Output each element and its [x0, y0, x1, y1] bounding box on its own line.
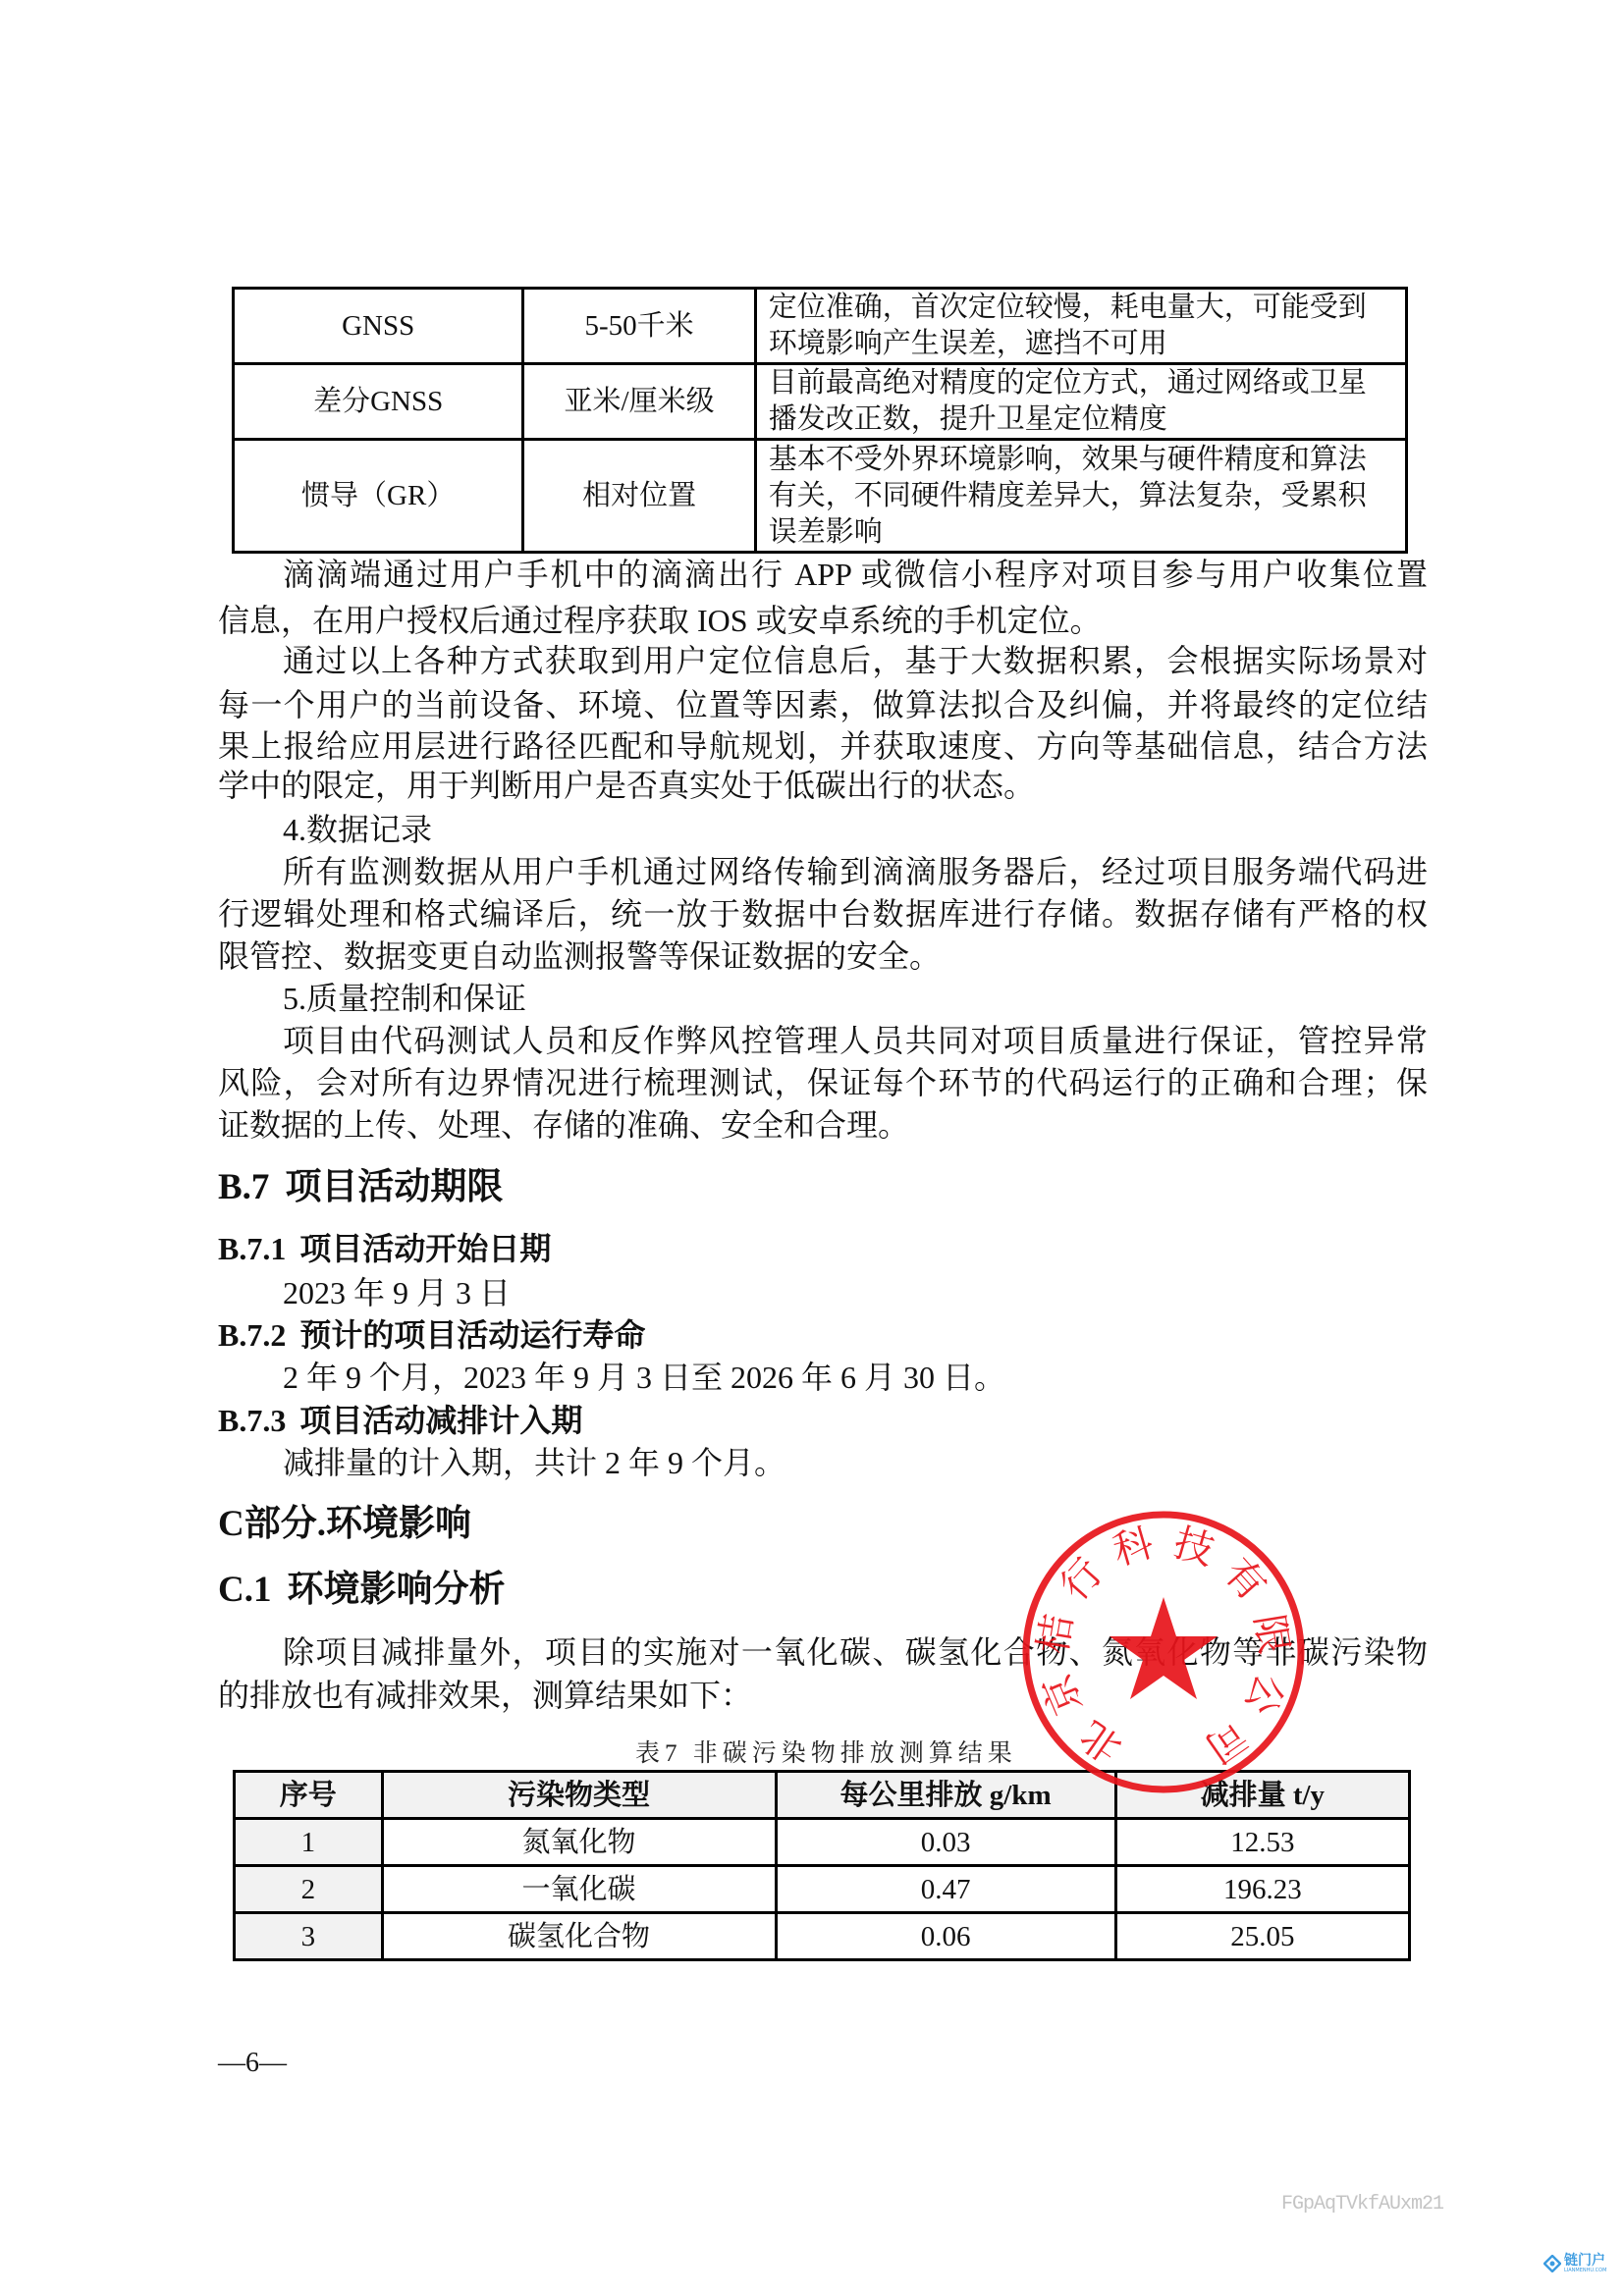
description-cell: 基本不受外界环境影响，效果与硬件精度和算法 有关，不同硬件精度差异大，算法复杂，…	[755, 440, 1406, 553]
table-cell: 196.23	[1115, 1866, 1409, 1913]
paragraph-line: 限管控、数据变更自动监测报警等保证数据的安全。	[218, 934, 1428, 978]
table-row: 惯导（GR） 相对位置 基本不受外界环境影响，效果与硬件精度和算法 有关，不同硬…	[234, 440, 1407, 553]
paragraph-line: 行逻辑处理和格式编译后，统一放于数据中台数据库进行存储。数据存储有严格的权	[218, 892, 1428, 935]
subsection-number: B.7.3	[218, 1403, 286, 1438]
paragraph-line: 证数据的上传、处理、存储的准确、安全和合理。	[218, 1103, 1428, 1147]
subsection-number: B.7.2	[218, 1317, 286, 1353]
subheading-data-record: 4.数据记录	[283, 808, 1428, 851]
accuracy-cell: 相对位置	[523, 440, 755, 553]
lifetime-text: 2 年 9 个月，2023 年 9 月 3 日至 2026 年 6 月 30 日…	[283, 1356, 1428, 1399]
table-cell: 0.06	[776, 1913, 1115, 1960]
section-number: B.7	[218, 1167, 269, 1207]
paragraph-line: 项目由代码测试人员和反作弊风控管理人员共同对项目质量进行保证，管控异常	[283, 1019, 1428, 1062]
paragraph-line: 通过以上各种方式获取到用户定位信息后，基于大数据积累，会根据实际场景对	[283, 639, 1428, 682]
paragraph-line: 所有监测数据从用户手机通过网络传输到滴滴服务器后，经过项目服务端代码进	[283, 850, 1428, 893]
part-title: 部分.环境影响	[244, 1504, 471, 1544]
positioning-methods-table: GNSS 5-50千米 定位准确，首次定位较慢，耗电量大，可能受到 环境影响产生…	[232, 287, 1408, 554]
subheading-quality-control: 5.质量控制和保证	[283, 977, 1428, 1020]
table-cell: 一氧化碳	[382, 1866, 776, 1913]
seal-character: 行	[1053, 1550, 1112, 1609]
paragraph-line: 风险，会对所有边界情况进行梳理测试，保证每个环节的代码运行的正确和合理；保	[218, 1061, 1428, 1104]
logo-subtext: LIANMENHU.COM	[1564, 2268, 1606, 2273]
paragraph-line: 果上报给应用层进行路径匹配和导航规划，并获取速度、方向等基础信息，结合方法	[218, 724, 1428, 768]
accuracy-cell: 亚米/厘米级	[523, 364, 755, 440]
column-header: 污染物类型	[382, 1772, 776, 1819]
description-line: 有关，不同硬件精度差异大，算法复杂，受累积	[769, 478, 1393, 514]
logo-text: 链门户	[1564, 2254, 1606, 2268]
document-watermark: FGpAqTVkfAUxm21	[1281, 2193, 1443, 2216]
page-number: —6—	[218, 2048, 287, 2079]
seal-character: 司	[1197, 1712, 1255, 1772]
subsection-heading-b73: B.7.3项目活动减排计入期	[218, 1399, 582, 1442]
table-row: GNSS 5-50千米 定位准确，首次定位较慢，耗电量大，可能受到 环境影响产生…	[234, 289, 1407, 364]
method-cell: 惯导（GR）	[234, 440, 523, 553]
description-line: 误差影响	[769, 514, 1393, 551]
table-cell: 12.53	[1115, 1819, 1409, 1866]
paragraph-line: 每一个用户的当前设备、环境、位置等因素，做算法拟合及纠偏，并将最终的定位结	[218, 683, 1428, 726]
crediting-period-text: 减排量的计入期，共计 2 年 9 个月。	[283, 1441, 1428, 1484]
table-cell: 0.47	[776, 1866, 1115, 1913]
method-cell: GNSS	[234, 289, 523, 364]
subsection-title: 项目活动开始日期	[299, 1231, 551, 1266]
section-heading-c1: C.1环境影响分析	[218, 1567, 505, 1614]
column-header: 每公里排放 g/km	[776, 1772, 1115, 1819]
description-line: 基本不受外界环境影响，效果与硬件精度和算法	[769, 442, 1393, 478]
subsection-title: 预计的项目活动运行寿命	[299, 1317, 645, 1353]
description-cell: 目前最高绝对精度的定位方式，通过网络或卫星 播发改正数，提升卫星定位精度	[755, 364, 1406, 440]
description-cell: 定位准确，首次定位较慢，耗电量大，可能受到 环境影响产生误差，遮挡不可用	[755, 289, 1406, 364]
table-cell: 2	[235, 1866, 383, 1913]
method-cell: 差分GNSS	[234, 364, 523, 440]
section-number: C.1	[218, 1570, 271, 1610]
paragraph-line: 信息，在用户授权后通过程序获取 IOS 或安卓系统的手机定位。	[218, 599, 1428, 642]
pollutant-emission-table: 序号 污染物类型 每公里排放 g/km 减排量 t/y 1 氮氧化物 0.03 …	[233, 1770, 1411, 1961]
table-row: 差分GNSS 亚米/厘米级 目前最高绝对精度的定位方式，通过网络或卫星 播发改正…	[234, 364, 1407, 440]
table-row: 2 一氧化碳 0.47 196.23	[235, 1866, 1410, 1913]
diamond-logo-icon	[1543, 2255, 1561, 2272]
subsection-title: 项目活动减排计入期	[299, 1403, 582, 1438]
table-cell: 3	[235, 1913, 383, 1960]
table-row: 1 氮氧化物 0.03 12.53	[235, 1819, 1410, 1866]
column-header: 序号	[235, 1772, 383, 1819]
section-title: 环境影响分析	[287, 1570, 505, 1610]
paragraph-line: 学中的限定，用于判断用户是否真实处于低碳出行的状态。	[218, 764, 1428, 807]
table-cell: 1	[235, 1819, 383, 1866]
seal-character: 北	[1072, 1712, 1130, 1772]
section-heading-b7: B.7项目活动期限	[218, 1164, 503, 1211]
seal-character: 科	[1109, 1521, 1159, 1575]
paragraph-line: 的排放也有减排效果，测算结果如下：	[218, 1674, 1428, 1717]
seal-character: 有	[1215, 1550, 1274, 1609]
table-cell: 0.03	[776, 1819, 1115, 1866]
site-logo[interactable]: 链门户 LIANMENHU.COM	[1543, 2254, 1606, 2273]
paragraph-line: 除项目减排量外，项目的实施对一氧化碳、碳氢化合物、氮氧化物等非碳污染物	[283, 1630, 1428, 1674]
section-title: 项目活动期限	[285, 1167, 503, 1207]
description-line: 目前最高绝对精度的定位方式，通过网络或卫星	[769, 365, 1393, 401]
subsection-heading-b71: B.7.1项目活动开始日期	[218, 1227, 551, 1270]
start-date-text: 2023 年 9 月 3 日	[283, 1271, 1428, 1314]
table-row: 3 碳氢化合物 0.06 25.05	[235, 1913, 1410, 1960]
paragraph-line: 滴滴端通过用户手机中的滴滴出行 APP 或微信小程序对项目参与用户收集位置	[283, 553, 1428, 596]
subsection-number: B.7.1	[218, 1231, 286, 1266]
table-cell: 25.05	[1115, 1913, 1409, 1960]
table-caption: 表7 非碳污染物排放测算结果	[635, 1734, 1017, 1769]
seal-character: 技	[1168, 1521, 1218, 1575]
table-cell: 碳氢化合物	[382, 1913, 776, 1960]
part-heading-c: C部分.环境影响	[218, 1501, 471, 1548]
accuracy-cell: 5-50千米	[523, 289, 755, 364]
description-line: 播发改正数，提升卫星定位精度	[769, 401, 1393, 438]
subsection-heading-b72: B.7.2预计的项目活动运行寿命	[218, 1313, 645, 1357]
logo-wordmark: 链门户 LIANMENHU.COM	[1564, 2254, 1606, 2273]
description-line: 定位准确，首次定位较慢，耗电量大，可能受到	[769, 290, 1393, 326]
part-letter: C	[218, 1504, 244, 1544]
table-cell: 氮氧化物	[382, 1819, 776, 1866]
table-header-row: 序号 污染物类型 每公里排放 g/km 减排量 t/y	[235, 1772, 1410, 1819]
column-header: 减排量 t/y	[1115, 1772, 1409, 1819]
description-line: 环境影响产生误差，遮挡不可用	[769, 326, 1393, 362]
